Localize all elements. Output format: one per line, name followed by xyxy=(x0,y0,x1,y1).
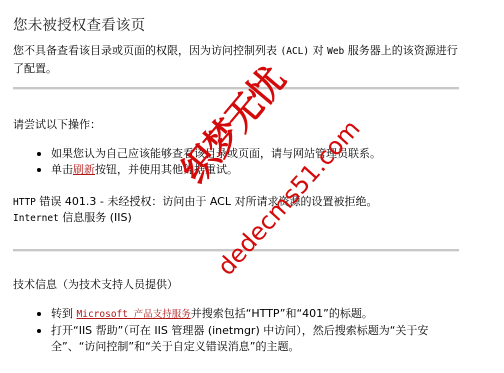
tech-heading: 技术信息（为技术支持人员提供） xyxy=(13,276,178,292)
try-list: 如果您认为自己应该能够查看该目录或页面，请与网站管理员联系。 单击刷新按钮，并使… xyxy=(13,146,471,178)
microsoft-support-link[interactable]: Microsoft 产品支持服务 xyxy=(77,309,191,320)
iis-text: 信息服务 (IIS) xyxy=(59,211,132,224)
list-item-text: 并搜索包括“HTTP”和“401”的标题。 xyxy=(191,307,373,320)
try-heading: 请尝试以下操作： xyxy=(13,116,101,132)
divider xyxy=(13,87,459,90)
list-item-text: 转到 xyxy=(51,307,77,320)
acl-text: (ACL) xyxy=(281,46,310,57)
intro-text: 您不具备查看该目录或页面的权限，因为访问控制列表 xyxy=(13,44,281,57)
page-title: 您未被授权查看该页 xyxy=(13,14,145,35)
error-code-line: HTTP 错误 401.3 - 未经授权：访问由于 ACL 对所请求资源的设置被… xyxy=(13,194,377,211)
list-item-text: 如果您认为自己应该能够查看该目录或页面，请与网站管理员联系。 xyxy=(51,147,381,160)
list-item-text: 打开“IIS 帮助”（可在 IIS 管理器 (inetmgr) 中访问），然后搜… xyxy=(51,324,428,353)
http-text: HTTP xyxy=(13,197,36,208)
tech-list: 转到 Microsoft 产品支持服务并搜索包括“HTTP”和“401”的标题。… xyxy=(13,306,471,355)
list-item: 打开“IIS 帮助”（可在 IIS 管理器 (inetmgr) 中访问），然后搜… xyxy=(51,323,471,355)
list-item: 转到 Microsoft 产品支持服务并搜索包括“HTTP”和“401”的标题。 xyxy=(51,306,471,323)
iis-line: Internet 信息服务 (IIS) xyxy=(13,210,132,227)
list-item-text: 按钮，并使用其他凭据重试。 xyxy=(95,163,238,176)
internet-text: Internet xyxy=(13,213,59,224)
error-message: 错误 401.3 - 未经授权：访问由于 ACL 对所请求资源的设置被拒绝。 xyxy=(36,195,378,208)
list-item: 如果您认为自己应该能够查看该目录或页面，请与网站管理员联系。 xyxy=(51,146,471,162)
list-item: 单击刷新按钮，并使用其他凭据重试。 xyxy=(51,162,471,178)
list-item-text: 单击 xyxy=(51,163,73,176)
web-text: Web xyxy=(327,46,344,57)
refresh-link[interactable]: 刷新 xyxy=(73,163,95,176)
intro-paragraph: 您不具备查看该目录或页面的权限，因为访问控制列表 (ACL) 对 Web 服务器… xyxy=(13,42,463,77)
intro-text-mid: 对 xyxy=(309,44,327,57)
divider xyxy=(13,249,459,252)
